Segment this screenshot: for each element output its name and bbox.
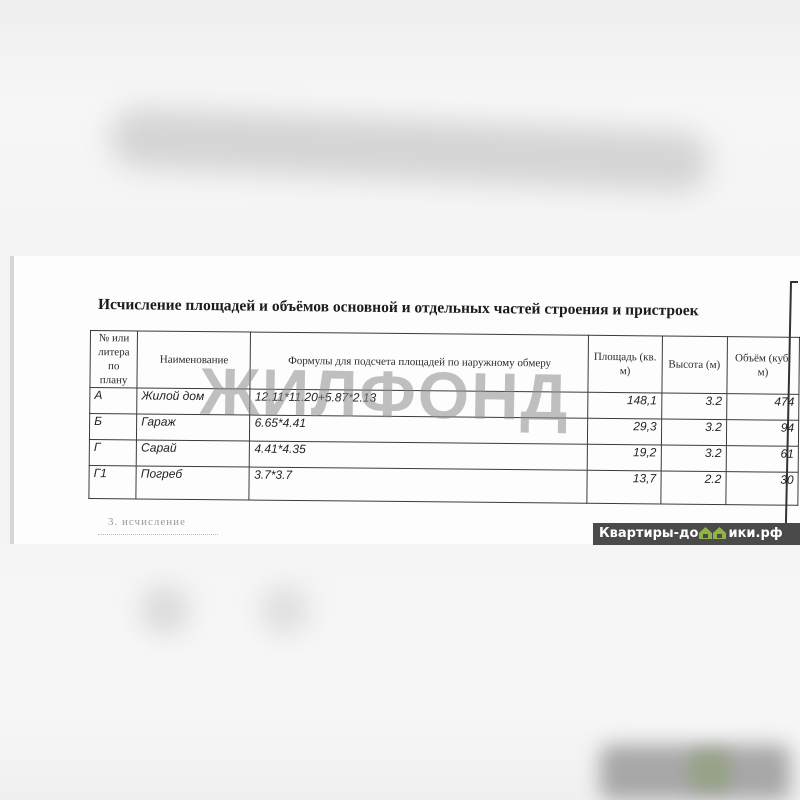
cell-volume: 474 [726, 394, 799, 421]
header-height: Высота (м) [661, 336, 727, 394]
brand-text-right: ики.рф [728, 526, 782, 541]
cell-volume: 61 [726, 446, 799, 473]
cell-formula: 3.7*3.7 [249, 467, 587, 503]
cell-literal: А [90, 388, 137, 414]
cell-name: Гараж [137, 414, 251, 441]
cell-name: Сарай [136, 440, 250, 467]
cell-area: 13,7 [587, 470, 661, 504]
area-volume-table: № или литера по плану Наименование Форму… [88, 330, 800, 506]
cell-height: 3.2 [661, 393, 726, 420]
cell-volume: 94 [726, 420, 799, 447]
blurred-mark [140, 585, 190, 635]
header-volume: Объём (куб. м) [727, 337, 800, 395]
cell-formula: 12.11*11.20+5.87*2.13 [250, 389, 588, 418]
cell-literal: Г1 [89, 465, 136, 498]
cell-name: Жилой дом [137, 388, 251, 415]
site-brand-badge[interactable]: Квартиры-до ики.рф [593, 523, 800, 545]
cell-name: Погреб [136, 466, 250, 500]
header-area: Площадь (кв. м) [588, 335, 662, 393]
cell-volume: 30 [726, 472, 799, 506]
cell-height: 3.2 [661, 445, 726, 472]
brand-text-left: Квартиры-до [599, 526, 698, 541]
blurred-logo-accent [690, 750, 730, 790]
cell-area: 148,1 [588, 392, 661, 419]
cell-area: 19,2 [587, 444, 660, 471]
table-header-row: № или литера по плану Наименование Форму… [90, 331, 800, 395]
footer-fragment: 3. исчисление [108, 516, 186, 528]
blurred-text-line [109, 107, 711, 193]
cell-height: 2.2 [660, 471, 726, 505]
header-name: Наименование [137, 331, 251, 389]
cell-literal: Г [89, 439, 136, 465]
cell-area: 29,3 [588, 418, 661, 445]
header-literal: № или литера по плану [90, 331, 138, 388]
cell-formula: 4.41*4.35 [250, 441, 588, 470]
cell-literal: Б [89, 414, 136, 440]
blurred-mark [260, 585, 310, 635]
blurred-background-top [0, 0, 800, 255]
header-formula: Формулы для подсчета площадей по наружно… [250, 332, 588, 392]
blurred-background-bottom [0, 545, 800, 800]
table-row: Г1 Погреб 3.7*3.7 13,7 2.2 30 [89, 465, 798, 505]
footer-fragment-line [98, 534, 218, 539]
cell-formula: 6.65*4.41 [250, 415, 588, 444]
cell-height: 3.2 [661, 419, 726, 446]
houses-icon [698, 526, 728, 548]
